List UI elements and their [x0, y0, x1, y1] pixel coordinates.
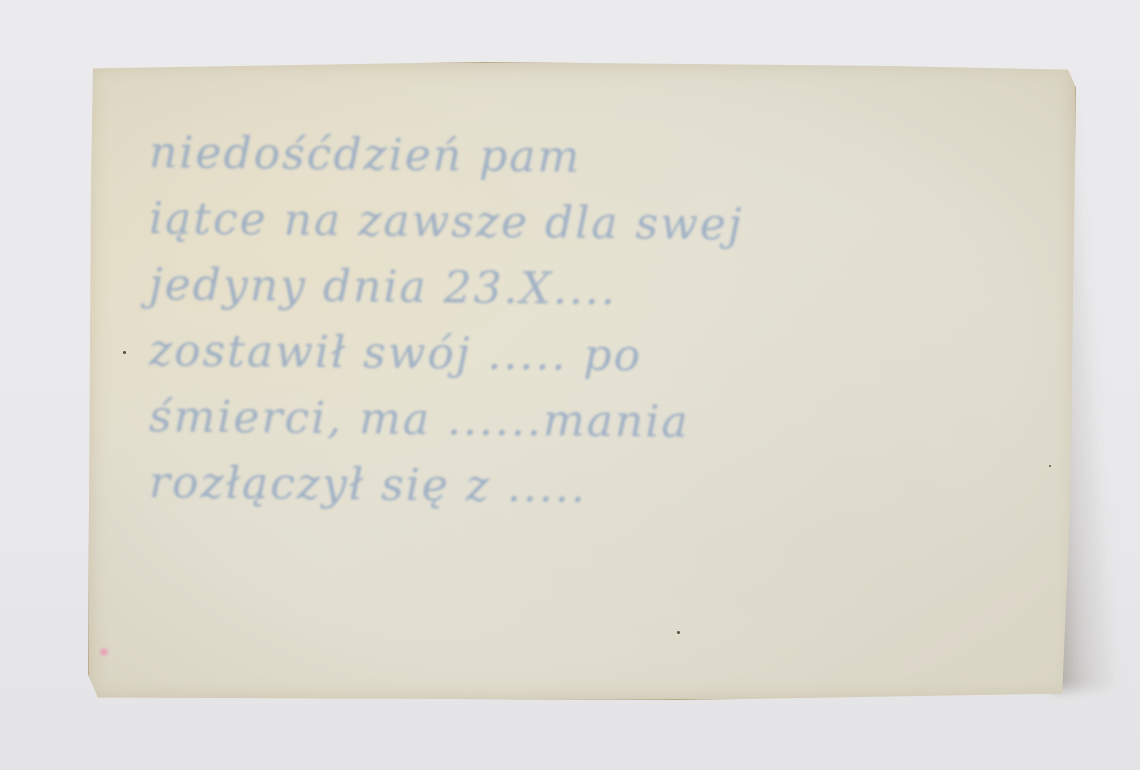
handwriting-line-3: jedyny dnia 23.X....	[149, 252, 1070, 328]
dirt-speck	[1049, 465, 1051, 467]
old-card-back: niedośćdzień pam iątce na zawsze dla swe…	[88, 62, 1076, 700]
handwriting-line-1: niedośćdzień pam	[149, 120, 1070, 196]
dirt-speck	[123, 351, 126, 354]
handwriting-line-2: iątce na zawsze dla swej	[149, 186, 1070, 262]
pink-stain	[97, 647, 111, 657]
handwritten-text: niedośćdzień pam iątce na zawsze dla swe…	[149, 125, 1069, 521]
handwriting-line-5: śmierci, ma ......mania	[149, 384, 1070, 460]
handwriting-line-6: rozłączył się z .....	[149, 450, 1070, 526]
handwriting-line-4: zostawił swój ..... po	[149, 318, 1070, 394]
dirt-speck	[677, 631, 680, 634]
